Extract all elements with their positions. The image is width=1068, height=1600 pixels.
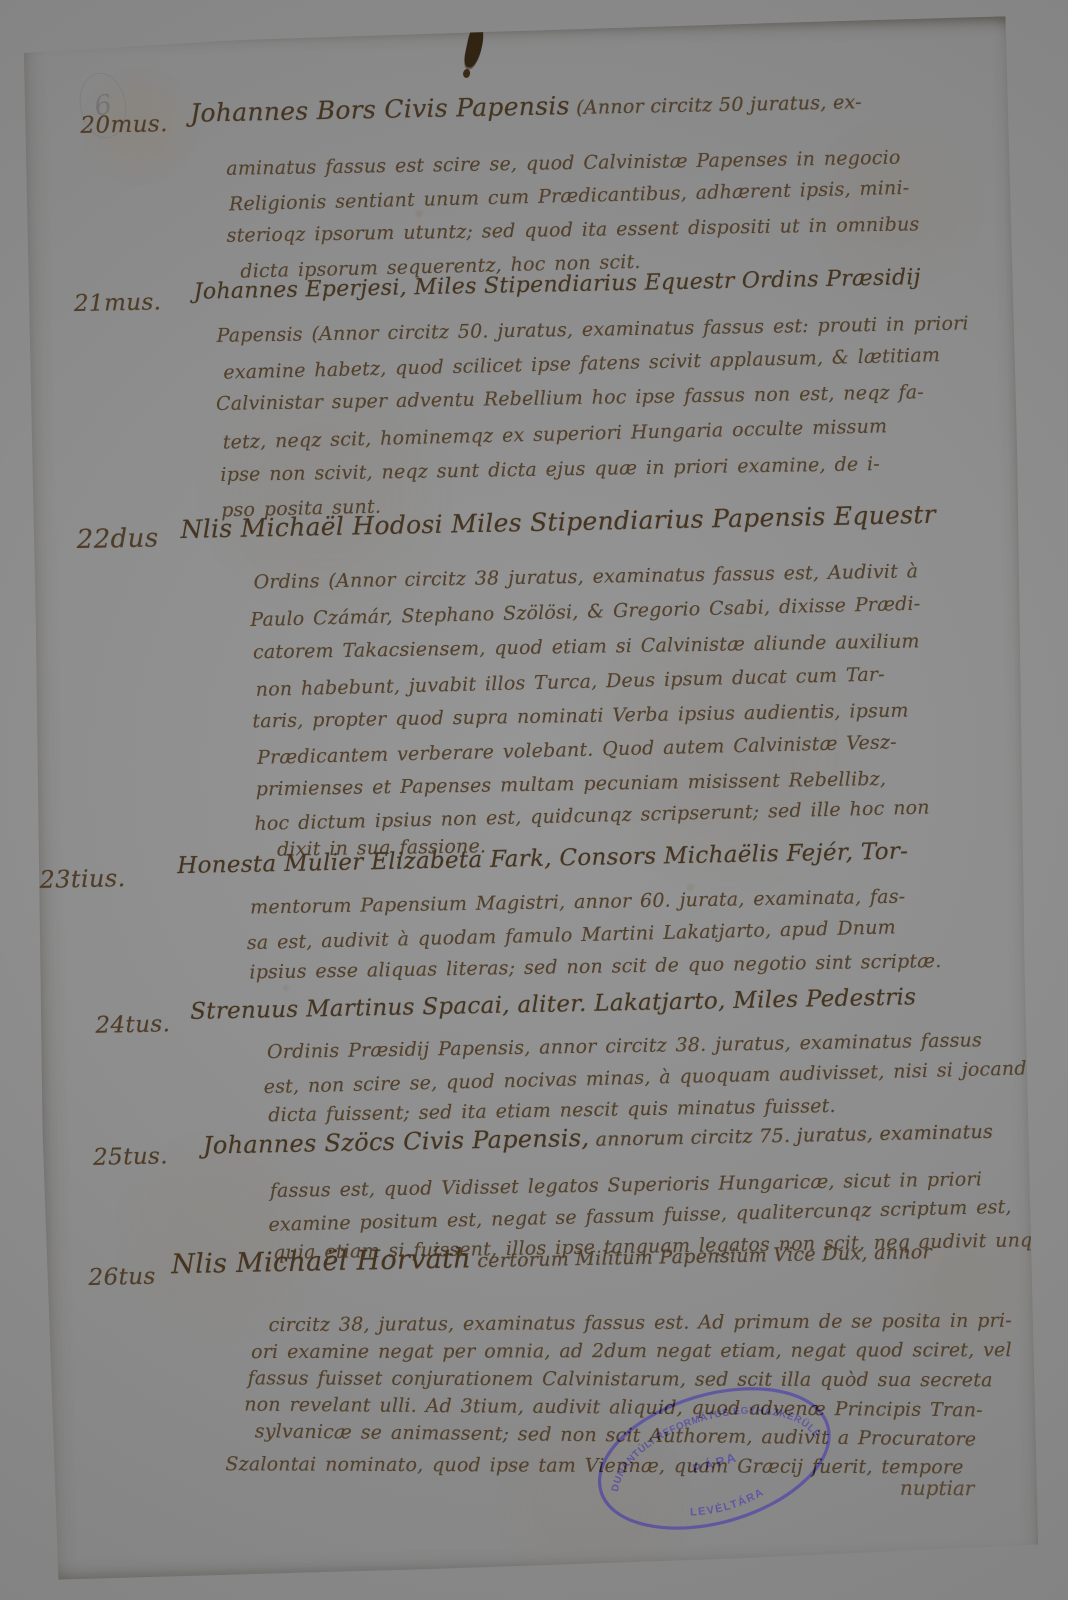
entry-label: 25tus. <box>93 1143 168 1170</box>
manuscript-line: hoc dictum ipsius non est, quidcunqz scr… <box>254 797 930 835</box>
entry-label: 26tus <box>88 1264 156 1291</box>
manuscript-line: est, non scire se, quod nocivas minas, à… <box>263 1057 1038 1098</box>
manuscript-line: tetz, neqz scit, hominemqz ex superiori … <box>223 415 888 453</box>
entry-opening-line: Johannes Bors Civis Papensis (Annor circ… <box>190 85 862 127</box>
manuscript-line: non habebunt, juvabit illos Turca, Deus … <box>256 663 886 700</box>
manuscript-line: examine habetz, quod scilicet ipse faten… <box>223 344 940 384</box>
manuscript-line: Ordinis Præsidij Papensis, annor circitz… <box>267 1029 982 1063</box>
entry-20: 20mus. Johannes Bors Civis Papensis (Ann… <box>19 16 1011 36</box>
entry-26: 26tus Nlis Michaël Horváth certorum Mili… <box>19 16 1011 36</box>
entry-opening-main: Nlis Michaël Horváth <box>171 1243 471 1280</box>
manuscript-line: circitz 38, juratus, examinatus fassus e… <box>268 1310 1011 1337</box>
entry-25: 25tus. Johannes Szöcs Civis Papensis, an… <box>19 16 1011 36</box>
entry-opening-tail: (Annor circitz 50 juratus, ex- <box>570 91 863 119</box>
manuscript-line: aminatus fassus est scire se, quod Calvi… <box>226 147 901 180</box>
catchword: nuptiar <box>900 1476 975 1500</box>
entry-label: 20mus. <box>80 111 168 139</box>
manuscript-line: ori examine negat per omnia, ad 2dum neg… <box>251 1339 1012 1363</box>
entry-label: 22dus <box>76 523 158 555</box>
manuscript-line: fassus est, quod Vidisset legatos Superi… <box>270 1168 983 1202</box>
entry-21: 21mus. Johannes Eperjesi, Miles Stipendi… <box>19 16 1011 36</box>
stamp-center-text: PÁPA <box>691 1449 740 1477</box>
entry-opening-main: Johannes Bors Civis Papensis <box>190 91 570 128</box>
manuscript-line: examine positum est, negat se fassum fui… <box>268 1196 1012 1236</box>
manuscript-line: Papensis (Annor circitz 50. juratus, exa… <box>216 312 968 346</box>
manuscript-line: catorem Takacsiensem, quod etiam si Calv… <box>253 630 920 663</box>
manuscript-page: 6 20mus. Johannes Bors Civis Papensis (A… <box>19 16 1042 1580</box>
manuscript-line: Religionis sentiant unum cum Prædicantib… <box>229 177 910 216</box>
manuscript-line: fassus fuisset conjurationem Calvinistar… <box>248 1367 993 1391</box>
stamp-top-text: A DUNÁNTÚLI REFORMÁTUS EGYHÁZKERÜLET <box>596 1380 824 1498</box>
stamp-bottom-text: LEVÉLTÁRA <box>687 1485 768 1523</box>
entry-opening-main: Strenuus Martinus Spacai, aliter. Lakatj… <box>190 984 917 1025</box>
manuscript-line: Ordins (Annor circitz 38 juratus, examin… <box>253 560 918 593</box>
manuscript-line: sa est, audivit à quodam famulo Martini … <box>247 916 897 954</box>
manuscript-line: mentorum Papensium Magistri, annor 60. j… <box>250 886 906 919</box>
manuscript-line: primienses et Papenses multam pecuniam m… <box>256 768 887 800</box>
manuscript-line: sterioqz ipsorum utuntz; sed quod ita es… <box>226 213 919 246</box>
manuscript-line: Paulo Czámár, Stephano Szölösi, & Gregor… <box>250 593 921 631</box>
entry-opening-tail: annorum circitz 75. juratus, examinatus <box>589 1121 993 1151</box>
entry-label: 23tius. <box>39 864 126 894</box>
entry-label: 21mus. <box>74 289 162 317</box>
entry-opening-tail: certorum Militum Papensium Vice Dux, ann… <box>471 1241 932 1272</box>
manuscript-line: Prædicantem verberare volebant. Quod aut… <box>257 731 897 769</box>
entry-opening-main: Johannes Szöcs Civis Papensis, <box>203 1124 590 1160</box>
entry-22: 22dus Nlis Michaël Hodosi Miles Stipendi… <box>19 16 1011 36</box>
manuscript-line: taris, propter quod supra nominati Verba… <box>252 700 909 733</box>
entry-24: 24tus. Strenuus Martinus Spacai, aliter.… <box>19 16 1011 36</box>
manuscript-line: Calvinistar super adventu Rebellium hoc … <box>216 381 924 415</box>
entry-label: 24tus. <box>95 1011 170 1038</box>
manuscript-line: ipsius esse aliquas literas; sed non sci… <box>249 950 941 983</box>
entry-23: 23tius. Honesta Mulier Elizabeta Fark, C… <box>19 16 1011 36</box>
manuscript-text-layer: 20mus. Johannes Bors Civis Papensis (Ann… <box>19 16 1042 1580</box>
manuscript-line: ipse non scivit, neqz sunt dicta ejus qu… <box>220 453 880 486</box>
entry-opening-line: Strenuus Martinus Spacai, aliter. Lakatj… <box>190 984 917 1025</box>
